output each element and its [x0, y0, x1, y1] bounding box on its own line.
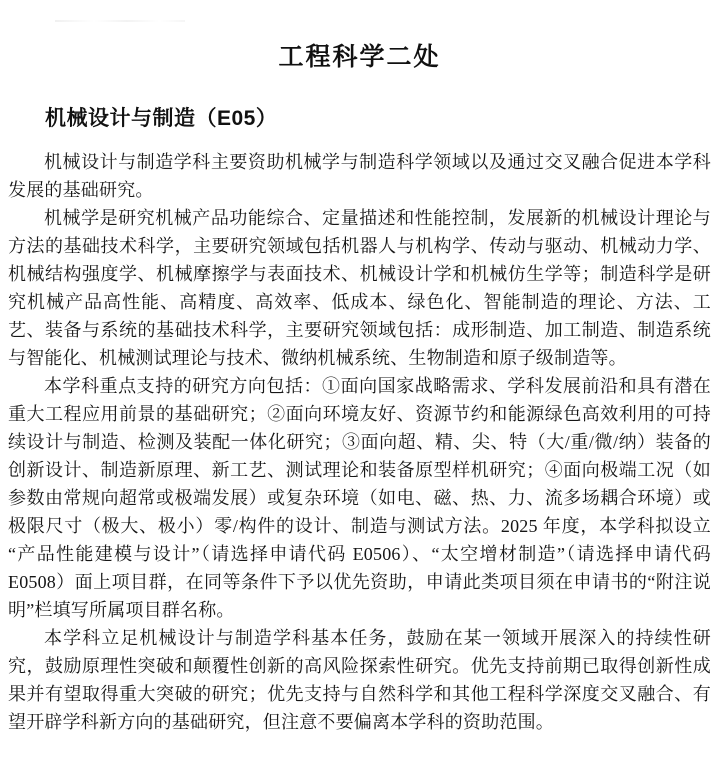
document-page: 工程科学二处 机械设计与制造（E05） 机械设计与制造学科主要资助机械学与制造科…: [0, 0, 720, 776]
page-title: 工程科学二处: [8, 42, 711, 72]
paragraph-priority-directions: 本学科重点支持的研究方向包括：①面向国家战略需求、学科发展前沿和具有潜在重大工程…: [8, 372, 711, 624]
paragraph-encouragement: 本学科立足机械设计与制造学科基本任务，鼓励在某一领域开展深入的持续性研究，鼓励原…: [8, 624, 711, 736]
scan-artifact: [55, 20, 185, 22]
paragraph-scope: 机械设计与制造学科主要资助机械学与制造科学领域以及通过交叉融合促进本学科发展的基…: [8, 148, 711, 204]
paragraph-research-areas: 机械学是研究机械产品功能综合、定量描述和性能控制，发展新的机械设计理论与方法的基…: [8, 204, 711, 372]
section-heading: 机械设计与制造（E05）: [8, 105, 711, 132]
document-body: 机械设计与制造学科主要资助机械学与制造科学领域以及通过交叉融合促进本学科发展的基…: [8, 148, 711, 736]
